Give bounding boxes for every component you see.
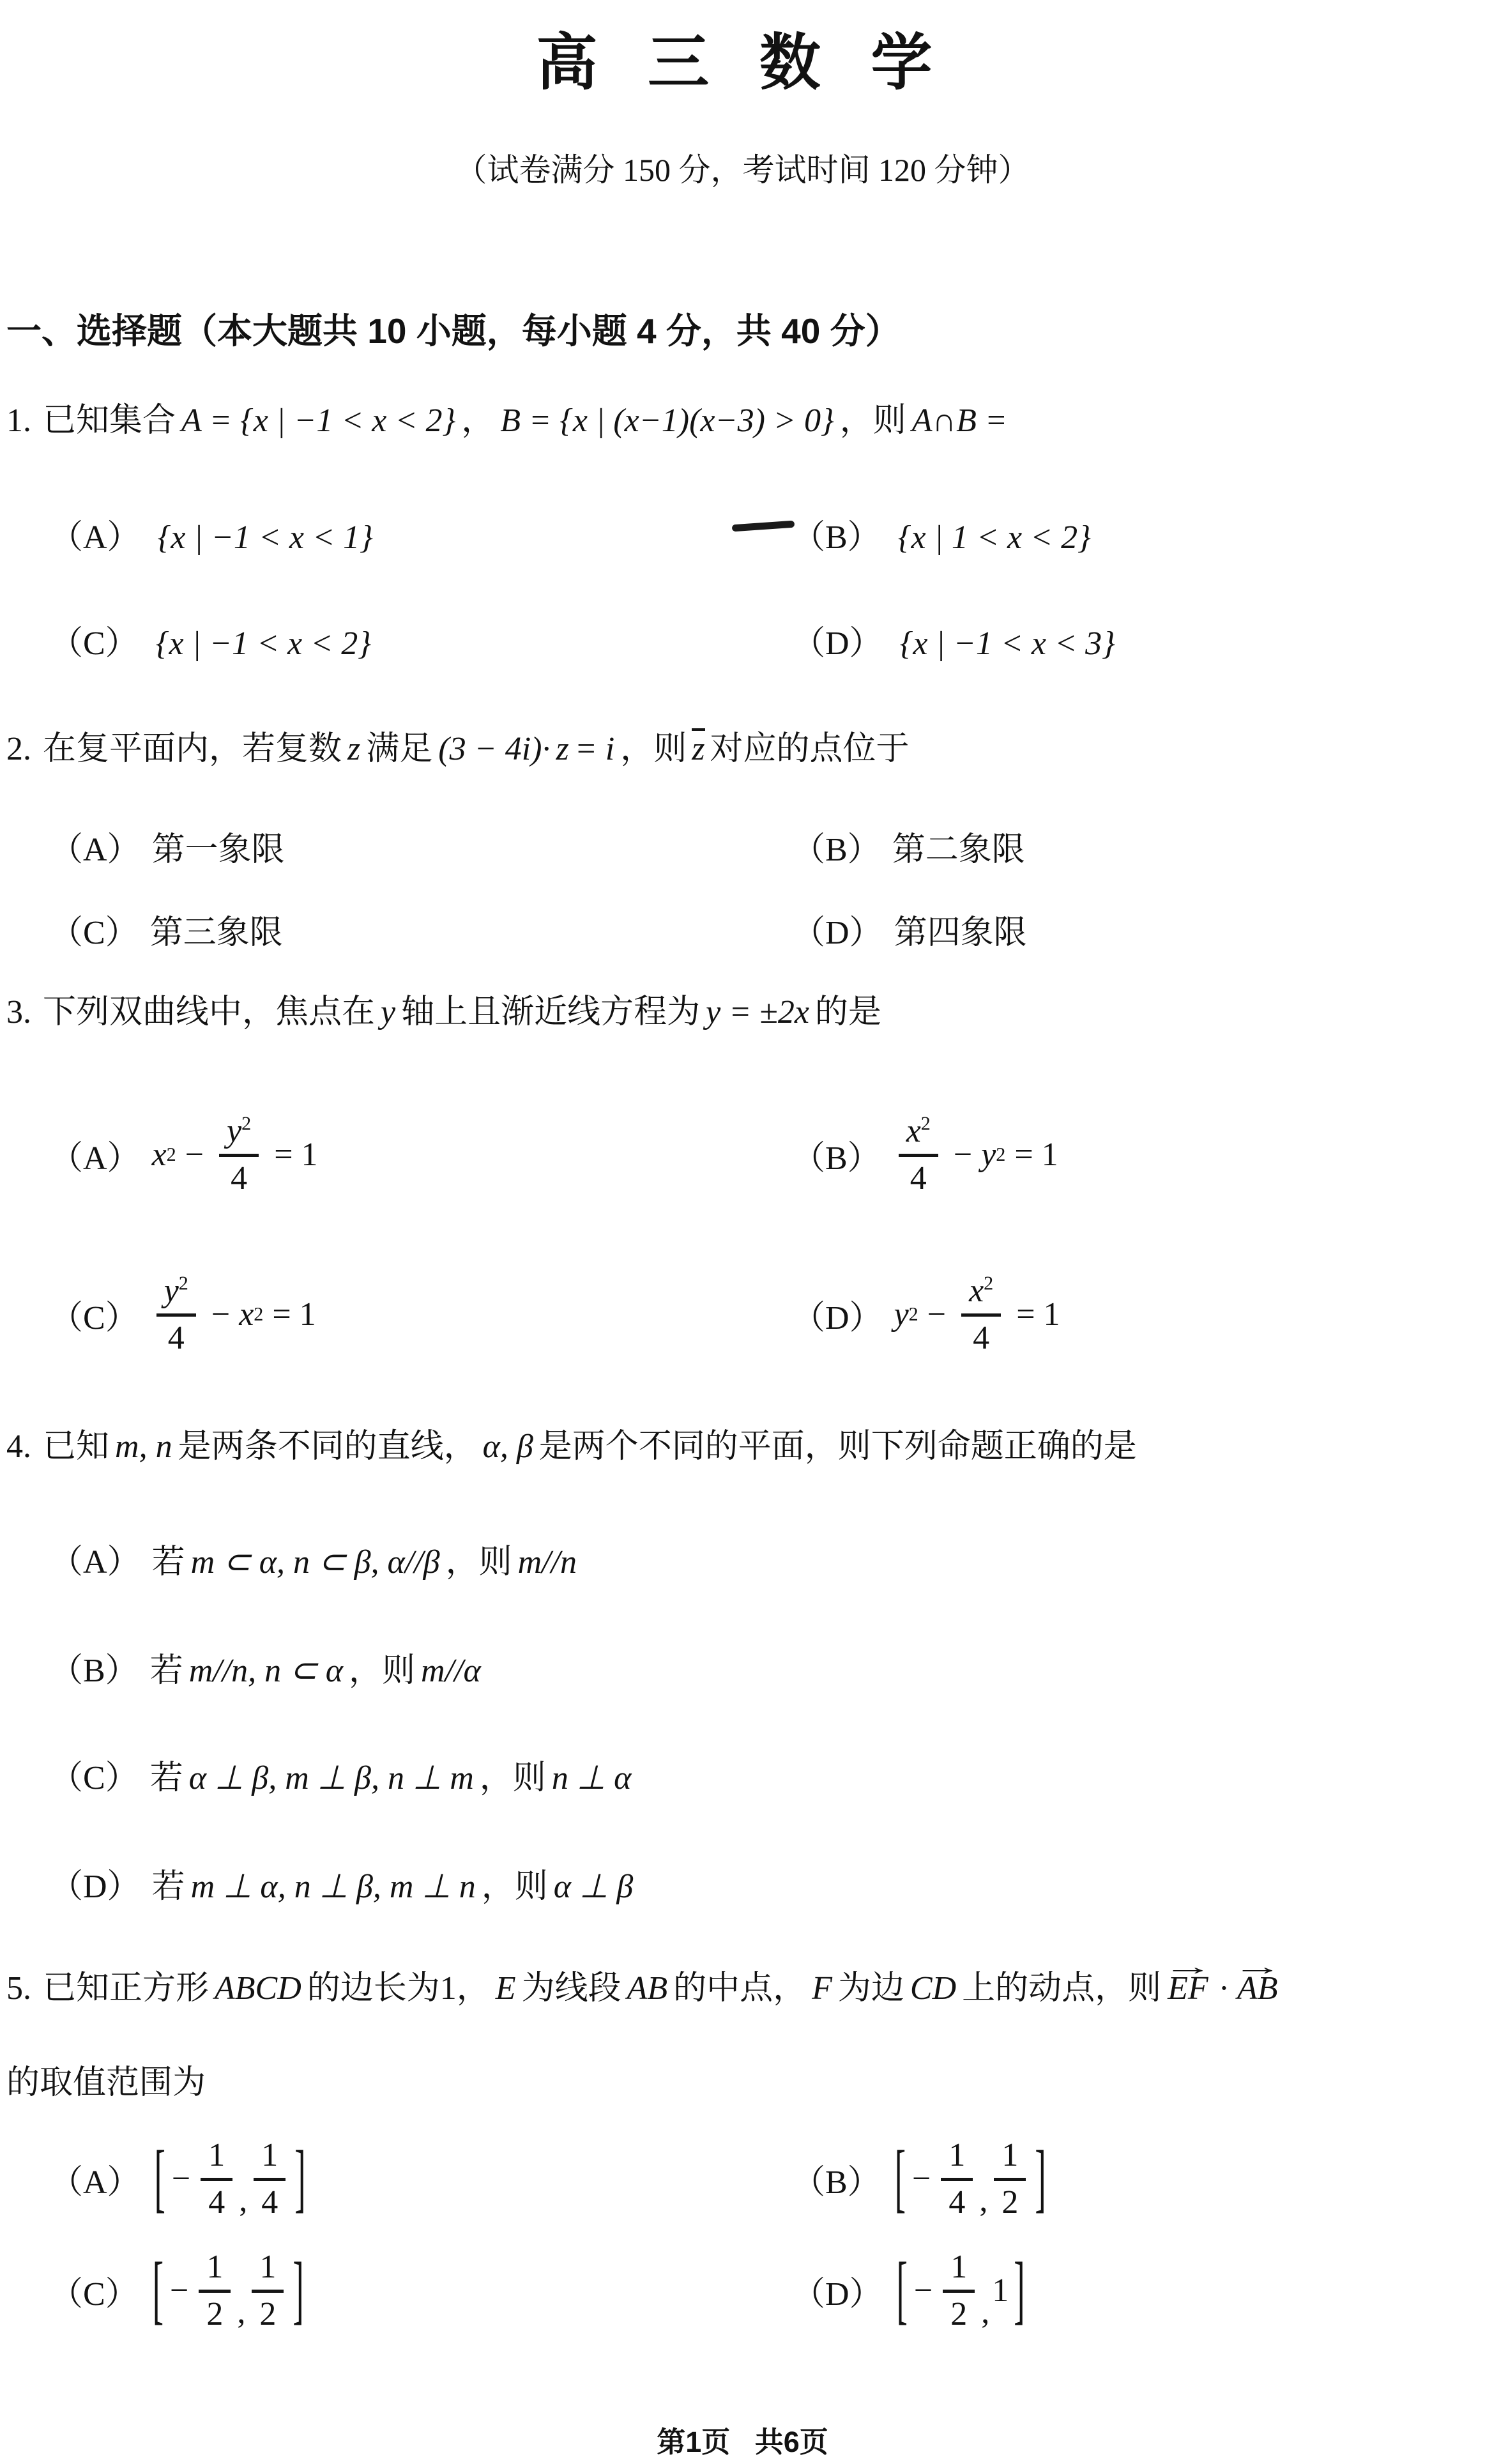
math-expression: m ⊂ α, n ⊂ β, α//β [191,1544,440,1580]
option-text: ，则 [480,1760,546,1796]
math-fraction: 12 [994,2136,1026,2221]
math-fraction: 14 [254,2136,286,2221]
math-expression: (3 − 4i)· [438,731,550,767]
math-fraction: x24 [961,1272,1001,1357]
math-variable: x [239,1296,254,1333]
stem-text: 已知正方形 [43,1970,209,2007]
math-variable: z [556,731,568,767]
math-fraction: 14 [201,2136,232,2221]
q2-option-a: （A）第一象限 [50,822,285,870]
equals-one: = 1 [274,1136,317,1174]
right-bracket: ] [1014,2247,1024,2334]
minus-sign: − [914,2272,933,2309]
math-expression: B = {x | (x−1)(x−3) > 0} [500,402,834,439]
math-expression: α ⊥ β [554,1869,634,1905]
question-number: 3. [6,994,31,1030]
minus-operator: − [927,1296,946,1333]
stem-text: 为边 [838,1970,904,2007]
math-expression: m, n [115,1428,172,1465]
q3-option-b: （B）x24−y2= 1 [792,1086,1058,1223]
question-2-stem: 2.在复平面内，若复数z满足(3 − 4i)·z= i，则z对应的点位于 [6,728,910,770]
left-bracket: [ [155,2135,165,2222]
math-expression: α ⊥ β, m ⊥ β, n ⊥ m [189,1760,474,1796]
question-5-stem-line1: 5.已知正方形ABCD的边长为1，E为线段AB的中点，F为边CD上的动点，则→E… [6,1968,1287,2009]
q5-option-b: （B）[−14,12] [792,2127,1049,2230]
stem-text: 上的动点，则 [962,1970,1161,2007]
option-text: 若 [152,1544,185,1580]
option-label: （D） [792,915,883,951]
fraction-numerator: 1 [254,2136,286,2181]
question-number: 2. [6,731,31,767]
math-variable: F [812,1970,832,2007]
minus-sign: − [172,2160,190,2198]
math-expression: A∩B = [912,402,1007,439]
exponent: 2 [909,1303,918,1326]
q1-option-c: （C）{x | −1 < x < 2} [50,616,377,664]
math-variable: y [227,1113,241,1149]
math-expression: α, β [483,1428,533,1465]
fraction-numerator: 1 [252,2248,284,2293]
minus-operator: − [211,1296,230,1333]
option-label: （D） [792,625,883,662]
fraction-numerator: 1 [941,2136,973,2181]
math-variable: z [347,731,360,767]
q4-option-c: （C）若α ⊥ β, m ⊥ β, n ⊥ m，则n ⊥ α [50,1750,637,1798]
fraction-denominator: 4 [261,2181,278,2221]
equals-one: = 1 [272,1296,316,1333]
exam-subtitle: （试卷满分 150 分，考试时间 120 分钟） [0,144,1485,190]
stem-text: 在复平面内，若复数 [43,731,342,767]
left-bracket: [ [153,2247,164,2334]
question-number: 5. [6,1970,31,2007]
option-text: ，则 [446,1544,512,1580]
question-4-stem: 4.已知m, n是两条不同的直线，α, β是两个不同的平面，则下列命题正确的是 [6,1426,1137,1467]
exponent: 2 [921,1113,931,1135]
left-bracket: [ [897,2247,908,2334]
fraction-numerator: y2 [156,1272,196,1317]
option-text: ，则 [349,1653,415,1689]
z-conjugate-overbar: z [692,728,704,767]
dot-product-operator: · [1219,1970,1230,2007]
question-1-stem: 1.已知集合A = {x | −1 < x < 2}，B = {x | (x−1… [6,400,1013,441]
left-bracket: [ [895,2135,906,2222]
fraction-numerator: 1 [943,2248,975,2293]
option-label: （A） [50,1544,141,1580]
fraction-denominator: 4 [973,1317,989,1357]
option-label: （A） [50,832,141,868]
q1-option-b: （B）{x | 1 < x < 2} [792,510,1097,558]
vector-arrow-icon: → [1163,1953,1214,1983]
fraction-denominator: 2 [1001,2181,1018,2221]
minus-sign: − [912,2160,931,2198]
math-fraction: x24 [899,1112,938,1197]
fraction-denominator: 2 [259,2293,276,2333]
option-label: （D） [792,1290,883,1338]
stem-text: 已知 [43,1428,109,1465]
option-text: ，则 [482,1869,548,1905]
math-expression: A = {x | −1 < x < 2} [181,402,455,439]
question-number: 4. [6,1428,31,1465]
math-fraction: 12 [252,2248,284,2333]
option-text: 若 [150,1760,183,1796]
minus-operator: − [954,1136,972,1174]
q3-option-a: （A）x2−y24= 1 [50,1086,318,1223]
interval-comma: , [981,2293,989,2341]
option-label: （A） [50,519,141,556]
option-label: （A） [50,1131,141,1179]
option-label: （B） [50,1653,139,1689]
page-number-footer: 第1页 共6页 [0,2419,1485,2460]
math-variable: x [152,1136,167,1174]
minus-sign: − [170,2272,188,2309]
vector-ef: →EF [1168,1968,1208,2009]
q4-option-d: （D）若m ⊥ α, n ⊥ β, m ⊥ n，则α ⊥ β [50,1859,639,1907]
exam-paper-page: 高 三 数 学 （试卷满分 150 分，考试时间 120 分钟） 一、选择题（本… [0,0,1485,2464]
math-fraction: y24 [156,1272,196,1357]
option-formula: {x | −1 < x < 2} [156,625,371,662]
q4-option-b: （B）若m//n, n ⊂ α，则m//α [50,1643,487,1691]
stem-text: 的取值范围为 [6,2065,206,2101]
option-label: （B） [792,2155,881,2203]
question-number: 1. [6,402,31,439]
stem-text: 的是 [815,994,881,1030]
stem-text: 是两条不同的直线， [178,1428,477,1465]
q3-option-c: （C）y24−x2= 1 [50,1246,316,1383]
math-expression: ABCD [215,1970,301,2007]
math-fraction: 12 [199,2248,231,2333]
math-expression: m//n, n ⊂ α [189,1653,343,1689]
equals-one: = 1 [1016,1296,1060,1333]
option-label: （C） [50,915,139,951]
vector-arrow-icon: → [1233,1953,1283,1983]
q2-option-b: （B）第二象限 [792,822,1025,870]
stem-text: 对应的点位于 [710,731,910,767]
option-text: 第一象限 [152,832,285,868]
stem-text: 下列双曲线中，焦点在 [43,994,375,1030]
math-variable: y [981,1136,996,1174]
fraction-denominator: 2 [950,2293,967,2333]
exam-title: 高 三 数 学 [0,14,1485,102]
option-text: 若 [150,1653,183,1689]
math-variable: x [969,1273,984,1309]
exponent: 2 [984,1273,993,1294]
fraction-denominator: 4 [231,1157,247,1197]
stem-text: ，则 [840,402,906,439]
fraction-numerator: x2 [899,1112,938,1157]
fraction-denominator: 4 [208,2181,225,2221]
question-3-stem: 3.下列双曲线中，焦点在y轴上且渐近线方程为y = ±2x的是 [6,991,881,1033]
exponent: 2 [167,1144,176,1166]
math-variable: E [496,1970,516,2007]
exponent: 2 [254,1303,263,1326]
option-formula: {x | −1 < x < 3} [900,625,1115,662]
fraction-numerator: y2 [219,1112,259,1157]
q5-option-a: （A）[−14,14] [50,2127,308,2230]
vector-ab: →AB [1237,1968,1278,2009]
exponent: 2 [996,1144,1005,1166]
q5-option-c: （C）[−12,12] [50,2239,307,2341]
q1-option-a: （A）{x | −1 < x < 1} [50,510,379,558]
option-formula: {x | 1 < x < 2} [898,519,1091,556]
option-label: （C） [50,1760,139,1796]
math-fraction: 14 [941,2136,973,2221]
stem-text: 已知集合 [43,402,176,439]
right-bracket: ] [293,2247,303,2334]
option-label: （D） [792,2267,883,2315]
option-label: （C） [50,2267,139,2315]
math-fraction: y24 [219,1112,259,1197]
fraction-denominator: 2 [206,2293,223,2333]
interval-comma: , [979,2182,987,2230]
q5-option-d: （D）[−12,1] [792,2239,1028,2341]
option-formula: {x | −1 < x < 1} [158,519,373,556]
option-label: （A） [50,2155,141,2203]
math-variable: y [381,994,395,1030]
fraction-numerator: 1 [201,2136,232,2181]
stem-text: 的边长为1， [307,1970,490,2007]
stem-text: 的中点， [673,1970,806,2007]
fraction-denominator: 4 [910,1157,927,1197]
exponent: 2 [241,1113,251,1135]
math-expression: n ⊥ α [552,1760,632,1796]
option-text: 第二象限 [892,832,1025,868]
option-label: （B） [792,519,881,556]
math-expression: y = ±2x [706,994,809,1030]
fraction-numerator: x2 [961,1272,1001,1317]
stem-text: 满足 [366,731,432,767]
question-5-stem-line2: 的取值范围为 [6,2062,206,2104]
equals-one: = 1 [1014,1136,1058,1174]
math-expression: AB [627,1970,668,2007]
q1-option-d: （D）{x | −1 < x < 3} [792,616,1121,664]
math-expression: m//n [518,1544,577,1580]
math-fraction: 12 [943,2248,975,2333]
interval-comma: , [237,2293,245,2341]
fraction-numerator: 1 [994,2136,1026,2181]
interval-endpoint: 1 [992,2272,1009,2309]
option-text: 若 [152,1869,185,1905]
math-expression: CD [910,1970,956,2007]
option-label: （B） [792,1131,881,1179]
right-bracket: ] [1035,2135,1046,2222]
math-expression: m ⊥ α, n ⊥ β, m ⊥ n [191,1869,476,1905]
math-variable: x [906,1113,921,1149]
option-label: （B） [792,832,881,868]
option-text: 第四象限 [894,915,1027,951]
option-label: （C） [50,1290,139,1338]
fraction-numerator: 1 [199,2248,231,2293]
fraction-denominator: 4 [168,1317,185,1357]
option-label: （C） [50,625,139,662]
math-expression: = i [575,731,615,767]
fraction-denominator: 4 [948,2181,965,2221]
option-text: 第三象限 [150,915,283,951]
section-1-header: 一、选择题（本大题共 10 小题，每小题 4 分，共 40 分） [6,303,901,353]
minus-operator: − [185,1136,204,1174]
stem-text: 是两个不同的平面，则下列命题正确的是 [539,1428,1137,1465]
stem-text: ， [461,402,494,439]
math-variable: y [894,1296,909,1333]
q2-option-c: （C）第三象限 [50,905,283,953]
q3-option-d: （D）y2−x24= 1 [792,1246,1060,1383]
right-bracket: ] [294,2135,305,2222]
stem-text: ，则 [620,731,687,767]
stem-text: 为线段 [522,1970,621,2007]
interval-comma: , [239,2182,247,2230]
pen-mark-annotation [732,521,795,532]
q4-option-a: （A）若m ⊂ α, n ⊂ β, α//β，则m//n [50,1534,583,1582]
q2-option-d: （D）第四象限 [792,905,1027,953]
option-label: （D） [50,1869,141,1905]
math-expression: m//α [421,1653,481,1689]
math-variable: y [164,1273,179,1309]
stem-text: 轴上且渐近线方程为 [401,994,700,1030]
exponent: 2 [179,1273,188,1294]
